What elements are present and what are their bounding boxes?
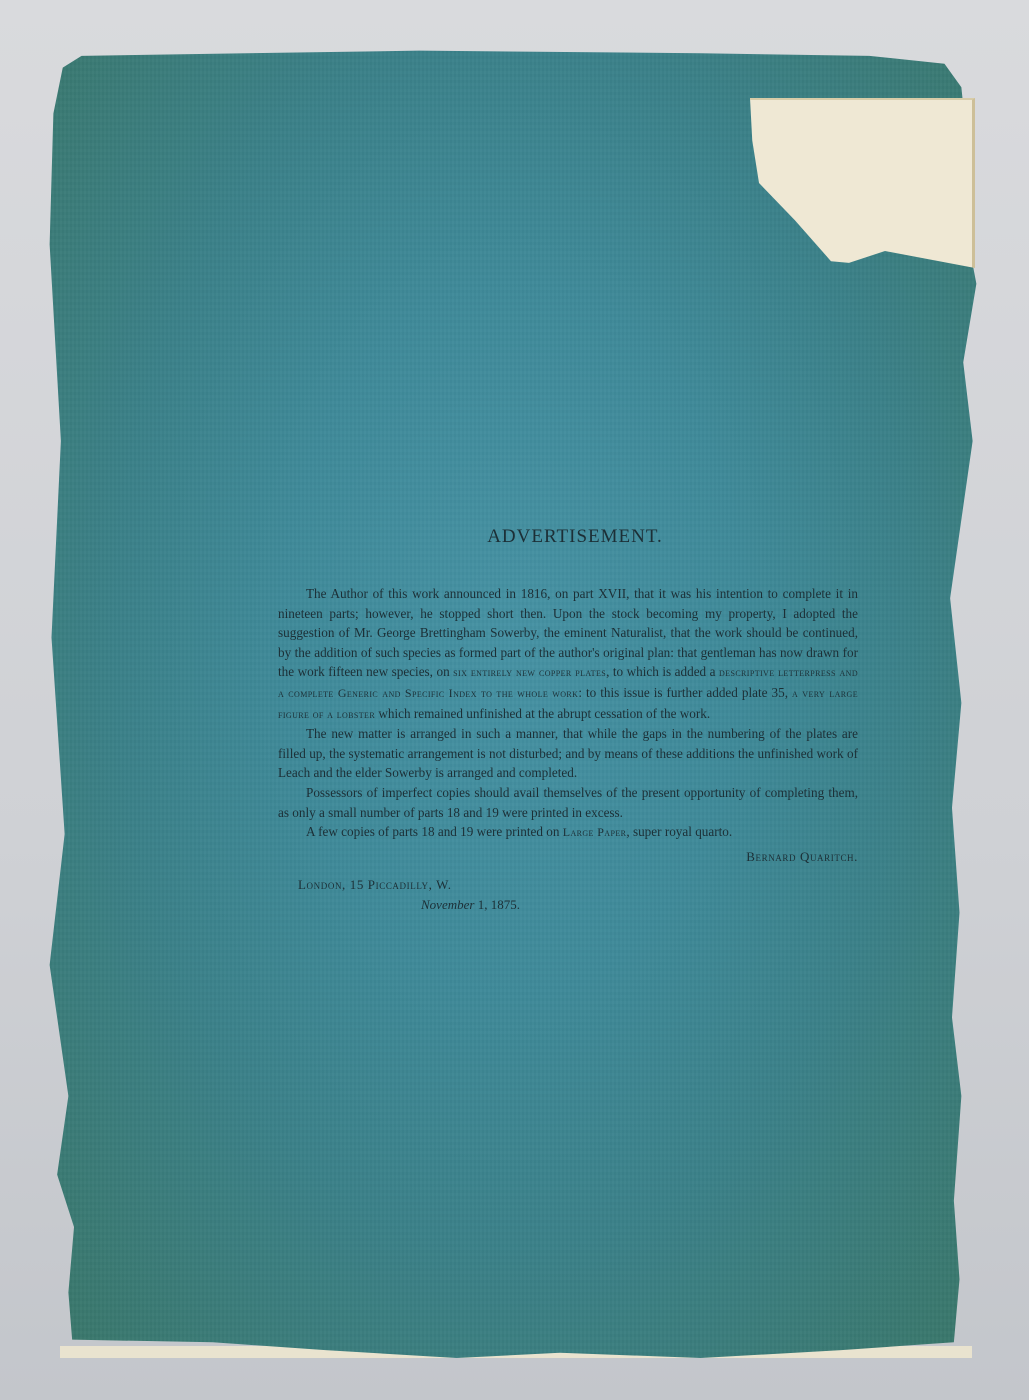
publisher-signature: Bernard Quaritch. bbox=[278, 849, 858, 865]
paragraph: Possessors of imperfect copies should av… bbox=[278, 783, 858, 822]
body-text: : to this issue is further added plate 3… bbox=[578, 685, 792, 700]
publication-date: November 1, 1875. bbox=[421, 897, 858, 913]
date-month: November bbox=[421, 897, 474, 912]
paragraph: The new matter is arranged in such a man… bbox=[278, 724, 858, 783]
body-text: Possessors of imperfect copies should av… bbox=[278, 785, 858, 820]
page-title: ADVERTISEMENT. bbox=[278, 526, 858, 548]
paragraph: A few copies of parts 18 and 19 were pri… bbox=[278, 822, 858, 843]
advertisement-body: The Author of this work announced in 181… bbox=[278, 584, 858, 843]
body-text: which remained unfinished at the abrupt … bbox=[375, 706, 710, 721]
publisher-address: London, 15 Piccadilly, W. bbox=[298, 877, 858, 893]
date-day-year: 1, 1875. bbox=[474, 897, 520, 912]
advertisement-text-block: ADVERTISEMENT. The Author of this work a… bbox=[278, 526, 858, 913]
body-text: A few copies of parts 18 and 19 were pri… bbox=[306, 824, 563, 839]
body-text: , to which is added a bbox=[606, 664, 719, 679]
small-caps-text: Large Paper bbox=[563, 825, 627, 839]
body-text: , super royal quarto. bbox=[626, 824, 732, 839]
small-caps-text: six entirely new copper plates bbox=[453, 665, 606, 679]
body-text: The new matter is arranged in such a man… bbox=[278, 726, 858, 780]
paragraph: The Author of this work announced in 181… bbox=[278, 584, 858, 724]
